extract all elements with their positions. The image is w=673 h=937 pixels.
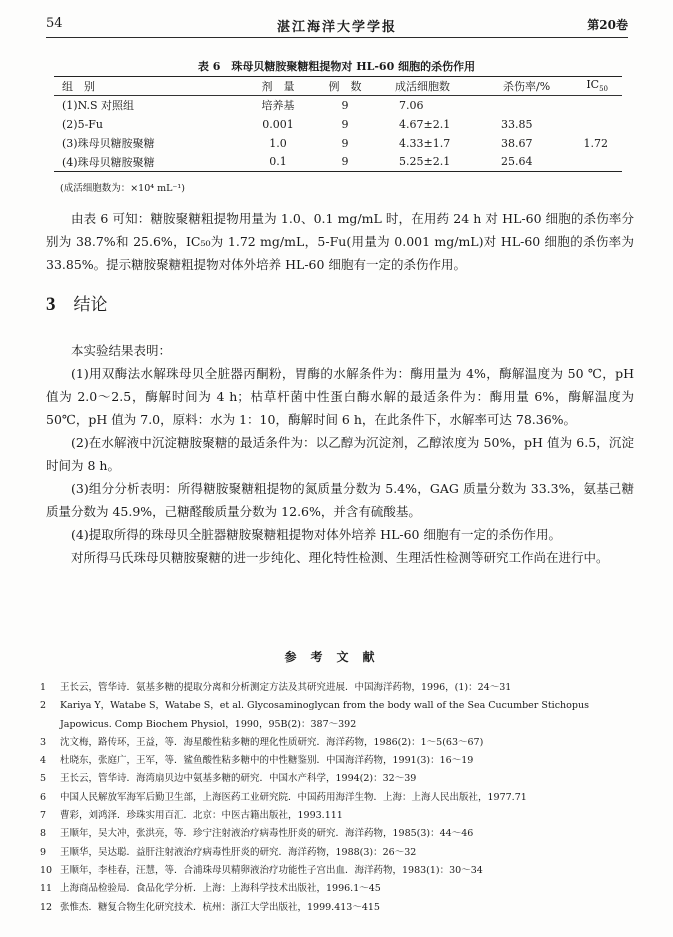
cell-cases: 9 [317,115,373,134]
reference-item: 1王长云，管华诗．氨基多糖的提取分离和分析测定方法及其研究进展．中国海洋药物，1… [40,679,640,697]
cell-cases: 9 [317,96,373,115]
column-header-cases: 例 数 [317,77,373,96]
cell-ic50 [573,115,622,134]
column-header-group: 组 别 [54,77,239,96]
paragraph-conclusion-2: (2)在水解液中沉淀糖胺聚糖的最适条件为：以乙醇为沉淀剂，乙醇浓度为 50%，p… [46,431,634,477]
cell-group: (3)珠母贝糖胺聚糖 [54,134,239,153]
section-number: 3 [46,294,56,315]
cell-dose: 1.0 [239,134,317,153]
cell-kill-rate [481,96,573,115]
reference-item: 4杜晓东，张庭广，王军，等．鲨鱼酸性粘多糖中的中性糖鉴别．中国海洋药物，1991… [40,752,640,770]
paragraph-intro: 本实验结果表明： [46,339,634,362]
cell-ic50 [573,96,622,115]
cell-kill-rate: 33.85 [481,115,573,134]
cell-ic50: 1.72 [573,134,622,153]
table-header-row: 组 别 剂 量 例 数 成活细胞数 杀伤率/% IC50 [54,77,622,96]
table-row: (3)珠母贝糖胺聚糖 1.0 9 4.33±1.7 38.67 1.72 [54,134,622,153]
reference-item: 7曹彩，刘鸿泽．珍珠实用百汇．北京：中医古籍出版社，1993.111 [40,807,640,825]
table-row: (4)珠母贝糖胺聚糖 0.1 9 5.25±2.1 25.64 [54,153,622,172]
column-header-ic50: IC50 [573,77,622,96]
column-header-viable-cells: 成活细胞数 [373,77,481,96]
section-title: 结论 [74,295,108,315]
volume-label: 第20卷 [587,16,628,33]
reference-item: 8王顺年，吴大冲，张洪亮，等．珍宁注射液治疗病毒性肝炎的研究．海洋药物，1985… [40,825,640,843]
reference-item: 11上海商品检验局．食品化学分析．上海：上海科学技术出版社，1996.1～45 [40,880,640,898]
reference-item: 5王长云，管华诗．海湾扇贝边中氨基多糖的研究．中国水产科学，1994(2)：32… [40,770,640,788]
reference-item: 10王顺年，李桂春，汪慧，等．合浦珠母贝精卵液治疗功能性子宫出血．海洋药物，19… [40,862,640,880]
paragraph-future-work: 对所得马氏珠母贝糖胺聚糖的进一步纯化、理化特性检测、生理活性检测等研究工作尚在进… [46,546,634,569]
running-header: 54 湛江海洋大学学报 第20卷 [46,12,628,38]
reference-item: 12张惟杰．糖复合物生化研究技术．杭州：浙江大学出版社，1999.413～415 [40,899,640,917]
cell-cases: 9 [317,134,373,153]
table-row: (1)N.S 对照组 培养基 9 7.06 [54,96,622,115]
cell-kill-rate: 25.64 [481,153,573,172]
column-header-kill-rate: 杀伤率/% [481,77,573,96]
reference-item: 3沈文梅，路传环，王益，等．海星酸性粘多糖的理化性质研究．海洋药物，1986(2… [40,734,640,752]
cell-ic50 [573,153,622,172]
column-header-dose: 剂 量 [239,77,317,96]
cell-group: (1)N.S 对照组 [54,96,239,115]
table-row: (2)5-Fu 0.001 9 4.67±2.1 33.85 [54,115,622,134]
table-caption: 表 6 珠母贝糖胺聚糖粗提物对 HL-60 细胞的杀伤作用 [0,58,673,74]
cell-dose: 0.001 [239,115,317,134]
cell-dose: 0.1 [239,153,317,172]
cell-viable-cells: 7.06 [373,96,481,115]
paragraph-conclusion-4: (4)提取所得的珠母贝全脏器糖胺聚糖粗提物对体外培养 HL-60 细胞有一定的杀… [46,523,634,546]
journal-title: 湛江海洋大学学报 [46,16,628,35]
paragraph-table-summary: 由表 6 可知：糖胺聚糖粗提物用量为 1.0、0.1 mg/mL 时，在用药 2… [46,207,634,276]
results-table: 组 别 剂 量 例 数 成活细胞数 杀伤率/% IC50 (1)N.S 对照组 … [54,76,622,172]
section-heading: 3结论 [46,290,108,316]
reference-list: 1王长云，管华诗．氨基多糖的提取分离和分析测定方法及其研究进展．中国海洋药物，1… [40,679,640,917]
cell-group: (2)5-Fu [54,115,239,134]
paragraph-conclusion-1: (1)用双酶法水解珠母贝全脏器丙酮粉，胃酶的水解条件为：酶用量为 4%，酶解温度… [46,362,634,431]
cell-group: (4)珠母贝糖胺聚糖 [54,153,239,172]
reference-item: 6中国人民解放军海军后勤卫生部，上海医药工业研究院．中国药用海洋生物．上海：上海… [40,789,640,807]
reference-item: 9王顺华，吴达聪．益肝注射液治疗病毒性肝炎的研究．海洋药物，1988(3)：26… [40,844,640,862]
table-note: (成活细胞数为：×10⁴ mL⁻¹) [60,180,185,194]
references-heading: 参考文献 [0,648,673,665]
cell-viable-cells: 5.25±2.1 [373,153,481,172]
cell-viable-cells: 4.33±1.7 [373,134,481,153]
cell-dose: 培养基 [239,96,317,115]
cell-viable-cells: 4.67±2.1 [373,115,481,134]
cell-kill-rate: 38.67 [481,134,573,153]
cell-cases: 9 [317,153,373,172]
paragraph-conclusion-3: (3)组分分析表明：所得糖胺聚糖粗提物的氮质量分数为 5.4%，GAG 质量分数… [46,477,634,523]
reference-item: 2Kariya Y，Watabe S，Watabe S，et al. Glyco… [40,697,640,734]
